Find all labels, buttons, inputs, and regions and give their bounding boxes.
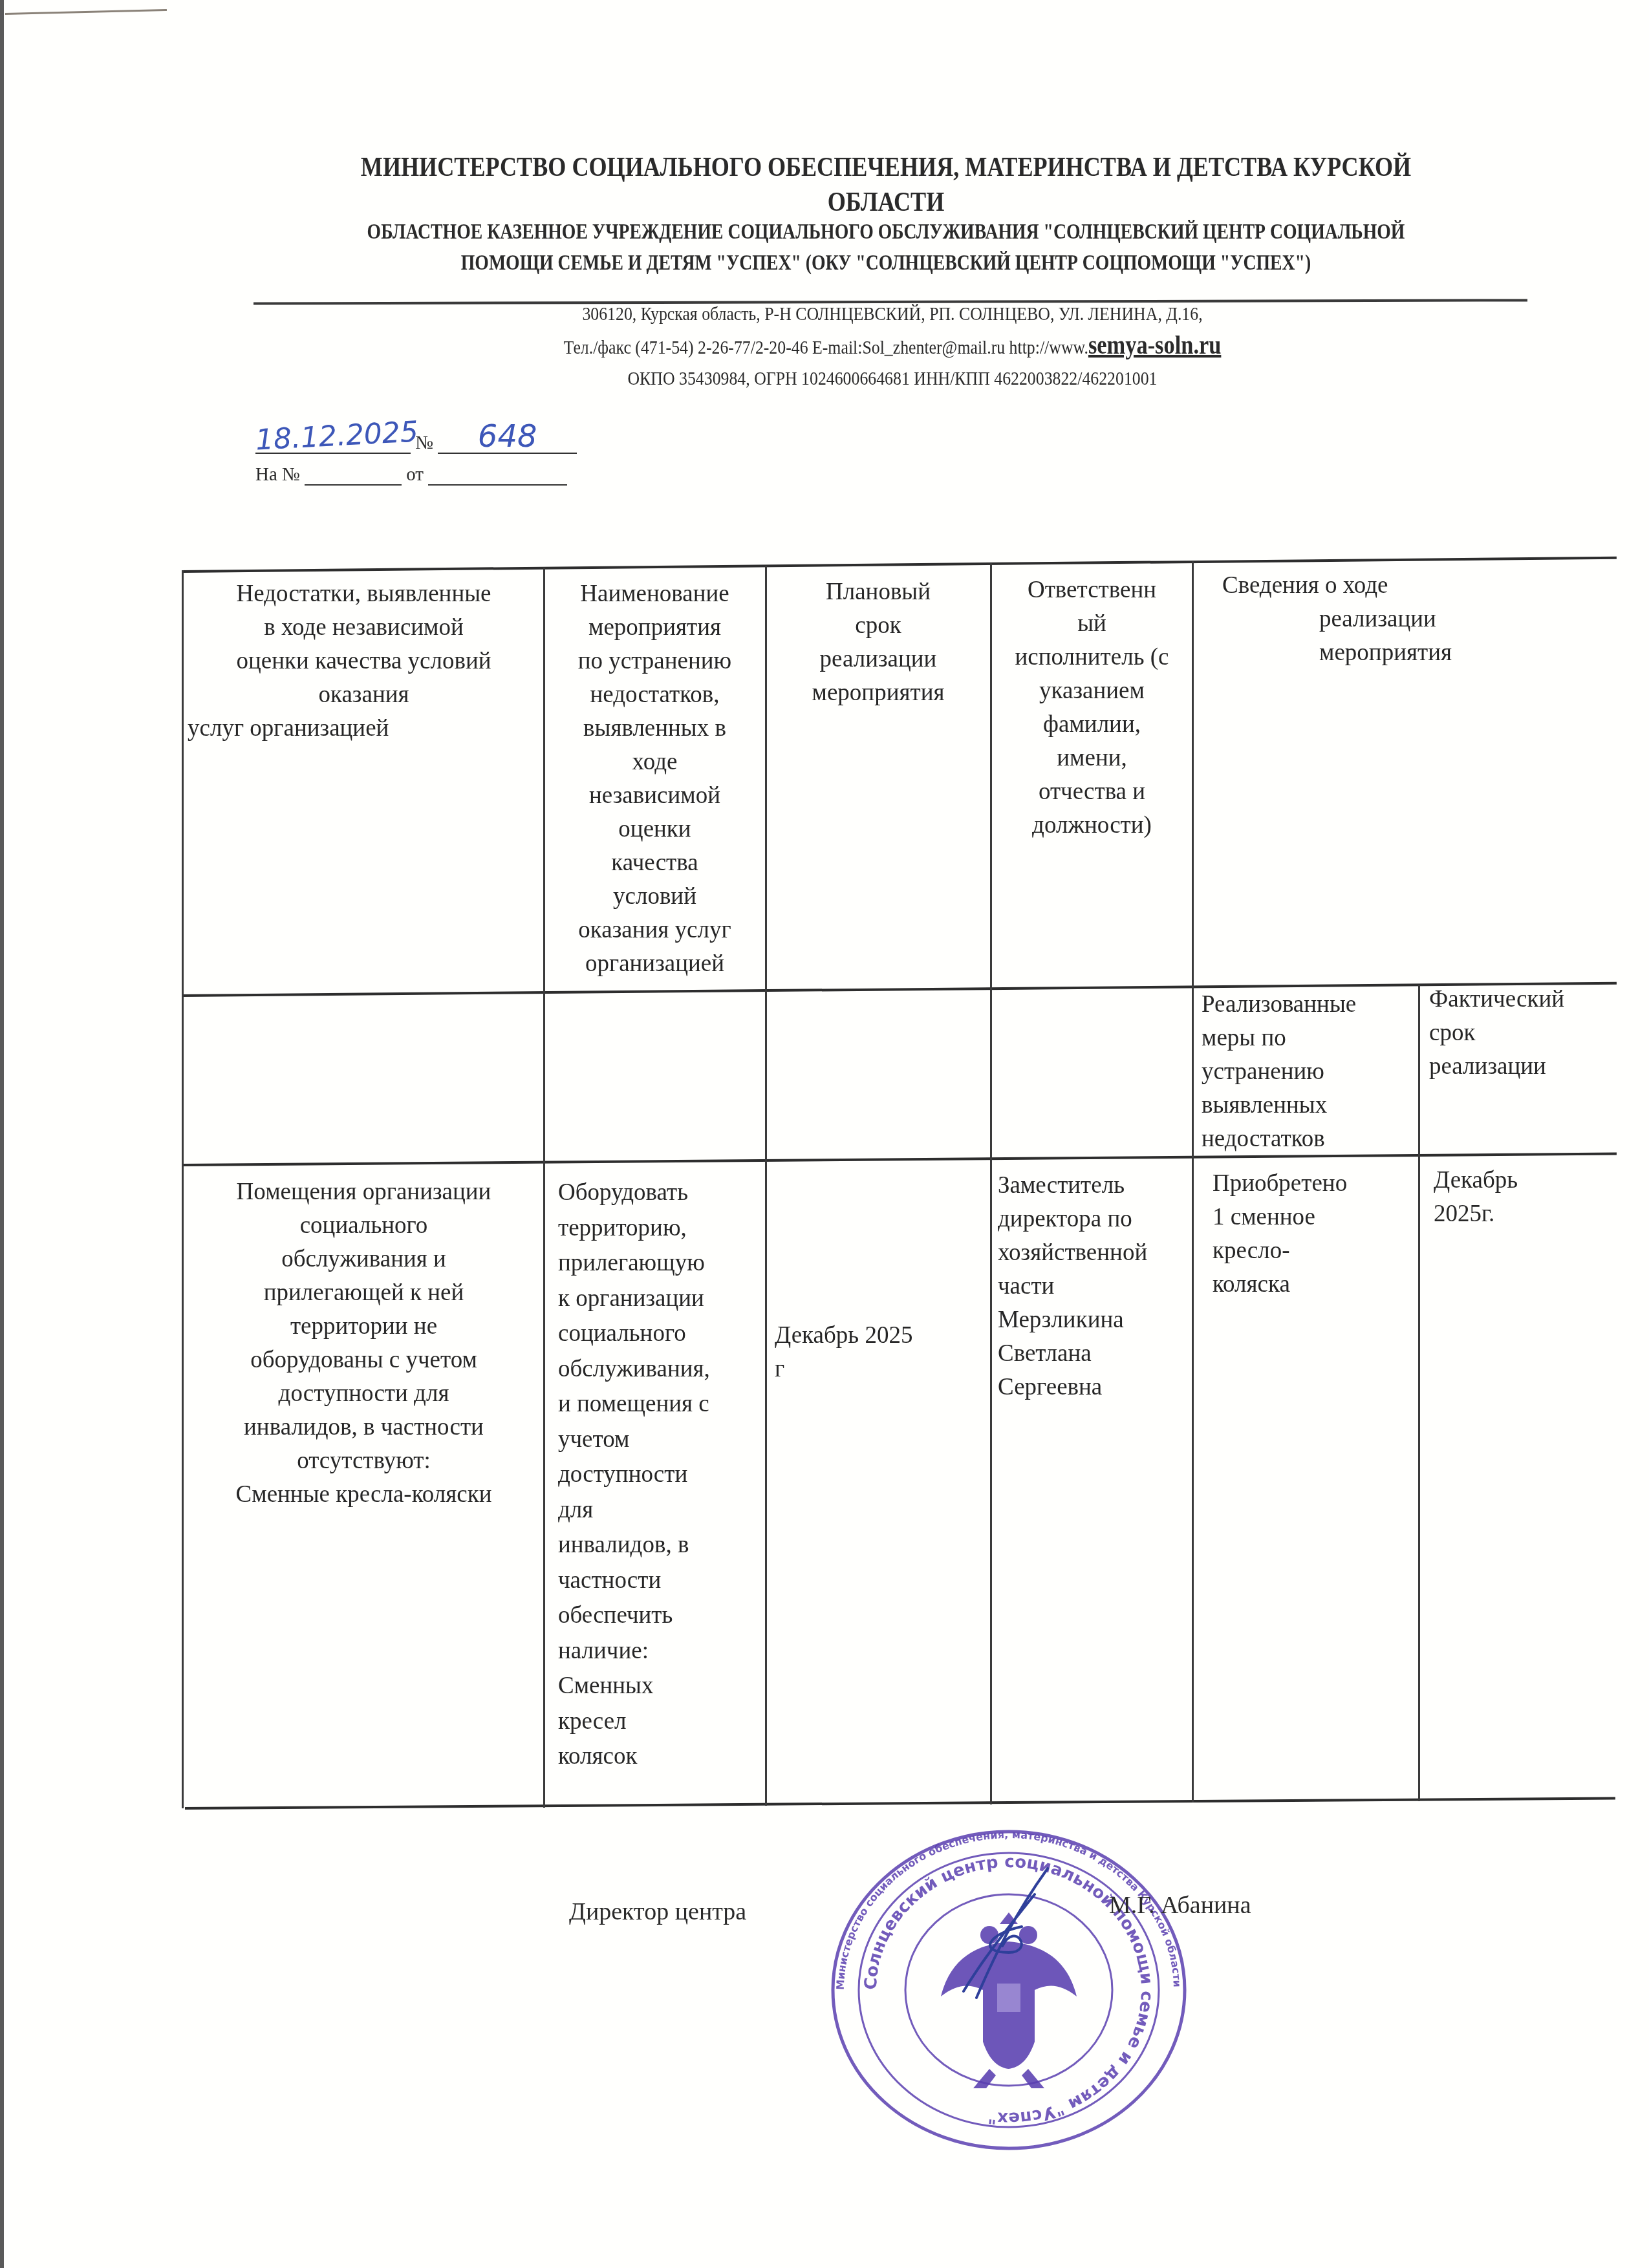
subheader-implemented-measures: Реализованные меры по устранению выявлен…: [1202, 988, 1415, 1156]
cell-text: к организации: [558, 1281, 764, 1317]
signatory-name: М.Г. Абанина: [1109, 1891, 1251, 1920]
header-text: ходе: [546, 745, 763, 779]
header-text: независимой: [546, 779, 763, 813]
cell-text: учетом: [558, 1422, 764, 1458]
header-text: выявленных в: [546, 712, 763, 745]
header-text: указанием: [993, 674, 1191, 708]
cell-text: прилегающей к ней: [188, 1276, 540, 1310]
header-implementation-info: Сведения о ходе реализации мероприятия: [1222, 569, 1610, 670]
header-responsible: Ответственн ый исполнитель (с указанием …: [993, 573, 1191, 842]
header-text: Плановый: [768, 575, 988, 609]
cell-text: наличие:: [558, 1634, 764, 1669]
cell-text: доступности: [558, 1457, 764, 1493]
cell-text: территорию,: [558, 1211, 764, 1246]
header-text: недостатков: [1202, 1122, 1415, 1156]
header-text: Сведения о ходе: [1222, 569, 1610, 603]
cell-text: 2025г.: [1434, 1197, 1615, 1231]
cell-text: Декабрь: [1434, 1164, 1615, 1197]
header-measure-name: Наименование мероприятия по устранению н…: [546, 577, 763, 981]
header-text: меры по: [1202, 1022, 1415, 1055]
row-responsible: Заместитель директора по хозяйственной ч…: [998, 1169, 1192, 1404]
handwritten-signature-icon: [938, 1856, 1080, 2024]
cell-text: территории не: [188, 1310, 540, 1343]
cell-text: прилегающую: [558, 1246, 764, 1281]
cell-text: обслуживания и: [188, 1243, 540, 1276]
cell-text: директора по: [998, 1203, 1192, 1236]
cell-text: Мерзликина: [998, 1303, 1192, 1337]
cell-text: частности: [558, 1563, 764, 1599]
header-text: мероприятия: [768, 676, 988, 710]
cell-text: для: [558, 1493, 764, 1528]
header-text: в ходе независимой: [188, 611, 540, 645]
row-deficiency: Помещения организации социального обслуж…: [188, 1175, 540, 1512]
cell-text: Сменных: [558, 1669, 764, 1704]
row-implemented: Приобретено 1 сменное кресло- коляска: [1212, 1167, 1416, 1301]
header-text: фамилии,: [993, 708, 1191, 742]
header-text: реализации: [768, 643, 988, 676]
header-text: качества: [546, 846, 763, 880]
cell-text: Помещения организации: [188, 1175, 540, 1209]
col-divider-1: [543, 568, 545, 1808]
header-text: реализации: [1222, 603, 1610, 636]
row-planned-term: Декабрь 2025 г: [775, 1319, 988, 1386]
col-divider-5: [1418, 985, 1420, 1801]
header-text: Реализованные: [1202, 988, 1415, 1022]
table-bottom-border: [185, 1797, 1615, 1810]
header-text: организацией: [546, 947, 763, 981]
col-divider-2: [765, 566, 767, 1806]
header-text: оценки качества условий: [188, 645, 540, 678]
cell-text: и помещения с: [558, 1387, 764, 1422]
cell-text: Сергеевна: [998, 1371, 1192, 1404]
header-text: Наименование: [546, 577, 763, 611]
header-text: недостатков,: [546, 678, 763, 712]
cell-text: Декабрь 2025: [775, 1319, 988, 1353]
header-text: Фактический: [1429, 983, 1617, 1016]
header-text: оказания услуг: [546, 914, 763, 947]
header-text: мероприятия: [1222, 636, 1610, 670]
cell-text: Приобретено: [1212, 1167, 1416, 1201]
col-divider-4: [1192, 561, 1194, 1803]
cell-text: 1 сменное: [1212, 1201, 1416, 1234]
cell-text: обслуживания,: [558, 1352, 764, 1387]
header-text: Ответственн: [993, 573, 1191, 607]
header-text: выявленных: [1202, 1089, 1415, 1122]
header-text: Недостатки, выявленные: [188, 577, 540, 611]
row-measure: Оборудовать территорию, прилегающую к ор…: [558, 1175, 764, 1775]
cell-text: хозяйственной: [998, 1236, 1192, 1270]
cell-text: г: [775, 1353, 988, 1386]
header-text: услуг организацией: [188, 712, 540, 745]
header-text: ый: [993, 607, 1191, 641]
header-text: оценки: [546, 813, 763, 846]
header-text: мероприятия: [546, 611, 763, 645]
cell-text: кресел: [558, 1704, 764, 1740]
header-text: отчества и: [993, 775, 1191, 809]
row-actual-term: Декабрь 2025г.: [1434, 1164, 1615, 1231]
cell-text: Оборудовать: [558, 1175, 764, 1211]
cell-text: отсутствуют:: [188, 1444, 540, 1478]
table-left-border: [182, 570, 184, 1808]
header-text: имени,: [993, 742, 1191, 775]
cell-text: Сменные кресла-коляски: [188, 1478, 540, 1512]
header-text: оказания: [188, 678, 540, 712]
header-text: срок: [768, 609, 988, 643]
cell-text: инвалидов, в: [558, 1528, 764, 1563]
header-text: должности): [993, 809, 1191, 842]
cell-text: инвалидов, в частности: [188, 1411, 540, 1444]
cell-text: коляска: [1212, 1268, 1416, 1301]
cell-text: Заместитель: [998, 1169, 1192, 1203]
header-text: реализации: [1429, 1050, 1617, 1084]
header-text: исполнитель (с: [993, 641, 1191, 674]
subheader-actual-term: Фактический срок реализации: [1429, 983, 1617, 1084]
header-text: срок: [1429, 1016, 1617, 1050]
col-divider-3: [990, 563, 992, 1804]
cell-text: оборудованы с учетом: [188, 1343, 540, 1377]
cell-text: колясок: [558, 1739, 764, 1775]
cell-text: доступности для: [188, 1377, 540, 1411]
header-deficiencies: Недостатки, выявленные в ходе независимо…: [188, 577, 540, 745]
cell-text: социального: [558, 1316, 764, 1352]
signatory-position: Директор центра: [569, 1898, 746, 1926]
header-text: по устранению: [546, 645, 763, 678]
header-planned-term: Плановый срок реализации мероприятия: [768, 575, 988, 710]
cell-text: социального: [188, 1209, 540, 1243]
cell-text: Светлана: [998, 1337, 1192, 1371]
cell-text: обеспечить: [558, 1598, 764, 1634]
cell-text: кресло-: [1212, 1234, 1416, 1268]
header-text: устранению: [1202, 1055, 1415, 1089]
header-text: условий: [546, 880, 763, 914]
cell-text: части: [998, 1270, 1192, 1303]
